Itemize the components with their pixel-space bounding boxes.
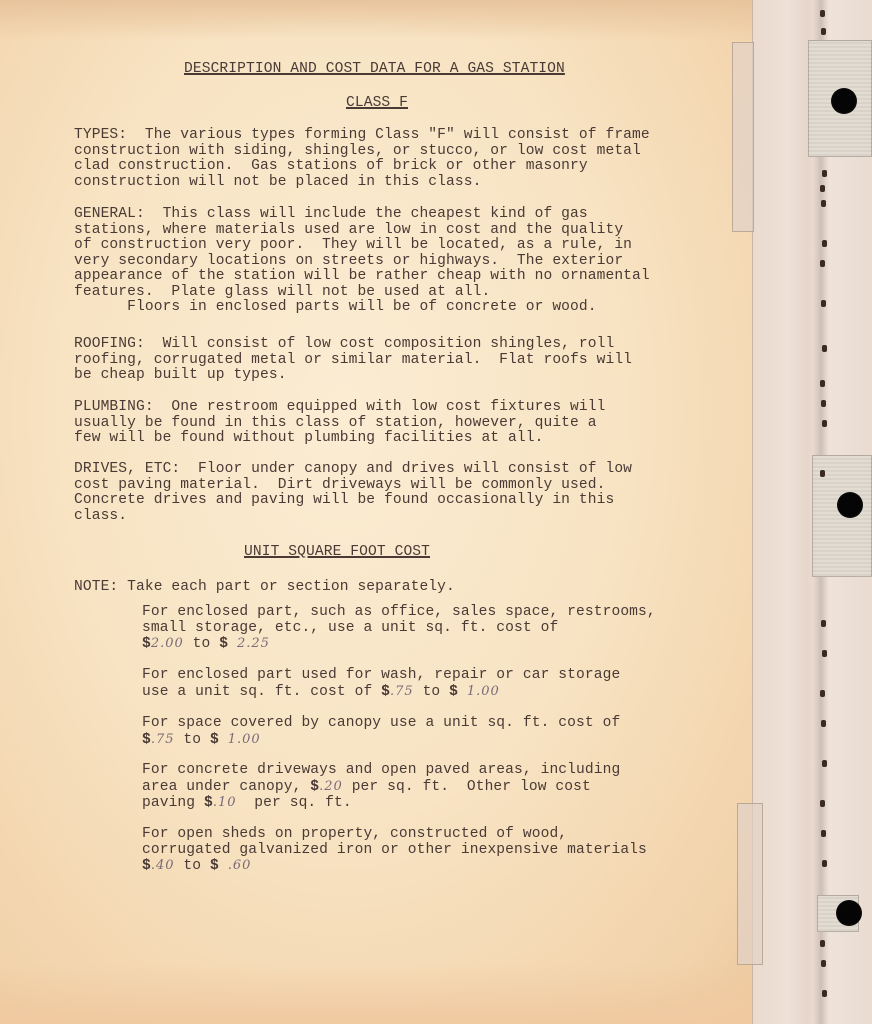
punch-mark <box>820 800 825 807</box>
cost-low-value: .40 <box>151 858 175 873</box>
punch-mark <box>821 400 826 407</box>
cost-low-value: .75 <box>151 732 175 747</box>
document-title: DESCRIPTION AND COST DATA FOR A GAS STAT… <box>184 62 565 78</box>
cost-low-value: 2.00 <box>151 636 184 651</box>
punch-mark <box>822 240 827 247</box>
cost-high-value: 1.00 <box>228 732 261 747</box>
section-drives: DRIVES, ETC: Floor under canopy and driv… <box>74 462 714 524</box>
punch-mark <box>822 345 827 352</box>
cost-high-value: 1.00 <box>467 684 500 699</box>
tape-bottom <box>737 803 763 965</box>
class-title: CLASS F <box>346 96 408 112</box>
punch-mark <box>822 860 827 867</box>
punch-mark <box>821 200 826 207</box>
section-plumbing: PLUMBING: One restroom equipped with low… <box>74 400 714 447</box>
cost-value: .20 <box>319 779 343 794</box>
cost-item-canopy: For space covered by canopy use a unit s… <box>142 716 722 748</box>
cost-item-driveways: For concrete driveways and open paved ar… <box>142 763 722 812</box>
punch-mark <box>822 650 827 657</box>
punch-mark <box>821 830 826 837</box>
punch-mark <box>820 10 825 17</box>
cost-value: .10 <box>213 795 237 810</box>
punch-mark <box>822 170 827 177</box>
binder-hole-icon <box>836 900 862 926</box>
punch-mark <box>821 720 826 727</box>
section-roofing: ROOFING: Will consist of low cost compos… <box>74 337 714 384</box>
punch-mark <box>821 300 826 307</box>
cost-item-wash-repair: For enclosed part used for wash, repair … <box>142 668 722 700</box>
cost-high-value: .60 <box>228 858 252 873</box>
punch-mark <box>820 185 825 192</box>
punch-mark <box>822 420 827 427</box>
punch-mark <box>822 990 827 997</box>
punch-mark <box>820 470 825 477</box>
section-types: TYPES: The various types forming Class "… <box>74 128 714 190</box>
punch-mark <box>820 380 825 387</box>
punch-mark <box>821 620 826 627</box>
binder-hole-icon <box>837 492 863 518</box>
unit-cost-title: UNIT SQUARE FOOT COST <box>244 545 430 561</box>
punch-mark <box>822 760 827 767</box>
cost-low-value: .75 <box>390 684 414 699</box>
note-text: NOTE: Take each part or section separate… <box>74 580 455 596</box>
binder-hole-icon <box>831 88 857 114</box>
cost-item-enclosed: For enclosed part, such as office, sales… <box>142 605 722 653</box>
punch-mark <box>820 260 825 267</box>
punch-mark <box>820 690 825 697</box>
punch-mark <box>820 940 825 947</box>
cost-high-value: 2.25 <box>237 636 270 651</box>
punch-mark <box>821 28 826 35</box>
section-general: GENERAL: This class will include the che… <box>74 207 714 316</box>
punch-mark <box>821 960 826 967</box>
tape-top <box>732 42 754 232</box>
cost-item-open-sheds: For open sheds on property, constructed … <box>142 827 722 875</box>
